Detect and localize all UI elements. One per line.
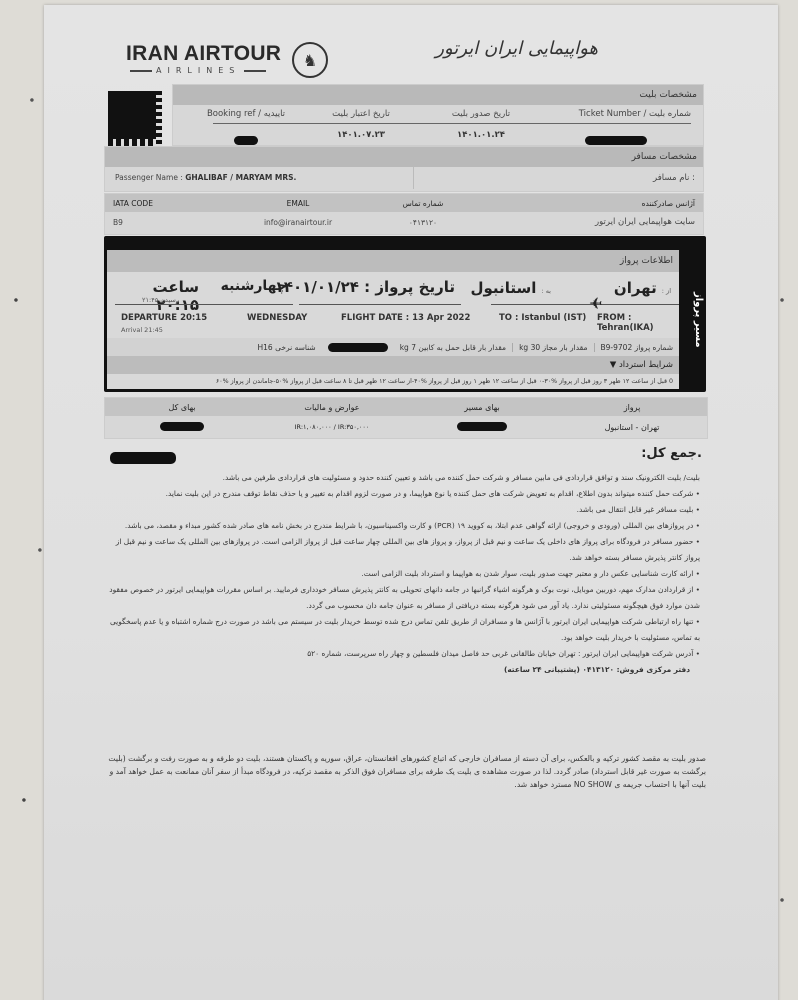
taxes: IR:۱,۰۸۰,۰۰۰ / IR:۳۵۰,۰۰۰	[257, 423, 407, 431]
issue-date-label: تاریخ صدور بلیت	[421, 109, 541, 119]
section-title: اطلاعات پرواز	[107, 250, 679, 272]
origin-en: FROM : Tehran(IKA)	[597, 313, 679, 333]
agency-phone: ۰۴۱۳۱۲۰	[363, 218, 483, 227]
term-item: • در پروازهای بین المللی (ورودی و خروجی)…	[104, 518, 704, 534]
term-item: • از قراردادن مدارک مهم، دوربین موبایل، …	[104, 582, 704, 614]
email-label: EMAIL	[233, 199, 363, 208]
origin-fa: از : تهران	[614, 278, 671, 297]
flight-date-en: FLIGHT DATE : 13 Apr 2022	[341, 313, 470, 323]
term-item: • ارائه کارت شناسایی عکس دار و معتبر جهت…	[104, 566, 704, 582]
term-item: • تنها راه ارتباطی شرکت هواپیمایی ایران …	[104, 614, 704, 646]
validity-date-label: تاریخ اعتبار بلیت	[301, 109, 421, 119]
total-price-redacted	[160, 422, 204, 431]
fare-class: شناسه نرخی H16	[252, 343, 322, 352]
agency-email[interactable]: info@iranairtour.ir	[233, 218, 363, 227]
col-header-total-price: بهای کل	[107, 403, 257, 412]
col-header-route-price: بهای مسیر	[407, 403, 557, 412]
baggage-allowance: مقدار بار مجاز 30 kg	[512, 343, 593, 352]
passenger-name-label-fa: نام مسافر :	[414, 173, 703, 183]
agency-section-title: آژانس صادرکننده	[483, 199, 703, 208]
col-header-taxes: عوارض و مالیات	[257, 403, 407, 412]
brand-name-fa: هواپیمایی ایران ایرتور	[435, 38, 598, 59]
passenger-name-label-en: Passenger Name :	[115, 173, 183, 182]
iata-label: IATA CODE	[105, 199, 233, 208]
refund-conditions-toggle[interactable]: شرایط استرداد ▼	[107, 356, 679, 374]
ticket-number-label: شماره بلیت / Ticket Number	[541, 109, 691, 119]
pricing-table: پرواز بهای مسیر عوارض و مالیات بهای کل ت…	[104, 397, 708, 439]
passenger-name: GHALIBAF / MARYAM MRS.	[185, 173, 296, 182]
flight-number: شماره پرواز B9-9702	[594, 343, 680, 352]
arrival-time-fa: رسیدن ۲۱:۴۵	[142, 296, 179, 304]
flight-date-fa: تاریخ پرواز : ۱۴۰۱/۰۱/۲۴	[275, 278, 455, 296]
airplane-icon: ✈	[589, 294, 602, 313]
section-title: مشخصات بلیت	[173, 85, 703, 105]
section-title: مشخصات مسافر	[105, 147, 703, 167]
brand-name-en: IRAN AIRTOUR	[126, 42, 281, 66]
flight-info-section: اطلاعات پرواز از : تهران به : استانبول ت…	[104, 236, 706, 392]
phone-label: شماره تماس	[363, 199, 483, 208]
booking-ref-redacted	[234, 136, 258, 145]
weekday-fa: چهارشنبه	[221, 278, 287, 294]
brand-subtitle: AIRLINES	[130, 66, 266, 75]
booking-ref-label: تاییدیه / Booking ref	[191, 109, 301, 119]
term-item: • بلیت مسافر غیر قابل انتقال می باشد.	[104, 502, 704, 518]
departure-time-en: DEPARTURE 20:15	[121, 313, 207, 323]
redacted-field	[328, 343, 388, 352]
arrival-time-en: Arrival 21:45	[121, 326, 163, 334]
iata-code: B9	[105, 218, 233, 227]
ticket-number-redacted	[585, 136, 647, 145]
term-item: بلیت/ بلیت الکترونیک سند و توافق قرارداد…	[104, 470, 704, 486]
route: تهران - استانبول	[557, 423, 707, 432]
passenger-section: مشخصات مسافر Passenger Name : GHALIBAF /…	[104, 146, 704, 192]
term-item: • آدرس شرکت هواپیمایی ایران ایرتور : تهر…	[104, 646, 704, 662]
destination-fa: به : استانبول	[471, 278, 551, 297]
flight-route-side-label: مسیر پرواز	[682, 260, 704, 380]
term-item: • شرکت حمل کننده میتواند بدون اطلاع، اقد…	[104, 486, 704, 502]
table-row: تهران - استانبول IR:۱,۰۸۰,۰۰۰ / IR:۳۵۰,۰…	[105, 416, 707, 438]
weekday-en: WEDNESDAY	[247, 313, 307, 323]
col-header-flight: پرواز	[557, 403, 707, 412]
cabin-baggage: مقدار بار قابل حمل به کابین 7 kg	[394, 343, 512, 352]
term-item: • حضور مسافر در فرودگاه برای پرواز های د…	[104, 534, 704, 566]
ticket-specs-section: مشخصات بلیت شماره بلیت / Ticket Number ت…	[172, 84, 704, 146]
caret-down-icon: ▼	[610, 360, 617, 370]
terms-list: بلیت/ بلیت الکترونیک سند و توافق قرارداد…	[104, 470, 704, 678]
grand-total-redacted	[110, 452, 176, 464]
agency-section: IATA CODE EMAIL شماره تماس آژانس صادرکنن…	[104, 193, 704, 235]
term-item: دفتر مرکزی فروش: ۰۴۱۳۱۲۰ (پشتیبانی ۲۴ سا…	[104, 662, 704, 678]
grand-total-label: .جمع کل:	[641, 446, 702, 461]
qr-code	[108, 91, 162, 147]
destination-en: TO : Istanbul (IST)	[499, 313, 586, 323]
route-price-redacted	[457, 422, 507, 431]
agency-name: سایت هواپیمایی ایران ایرتور	[483, 217, 703, 227]
turkey-travel-notice: صدور بلیت به مقصد کشور ترکیه و بالعکس، ب…	[100, 752, 706, 791]
refund-terms: 0 قبل از ساعت ۱۲ ظهر ۳ روز قبل از پرواز …	[107, 374, 679, 389]
winged-lion-emblem-icon: ♞	[292, 42, 328, 78]
